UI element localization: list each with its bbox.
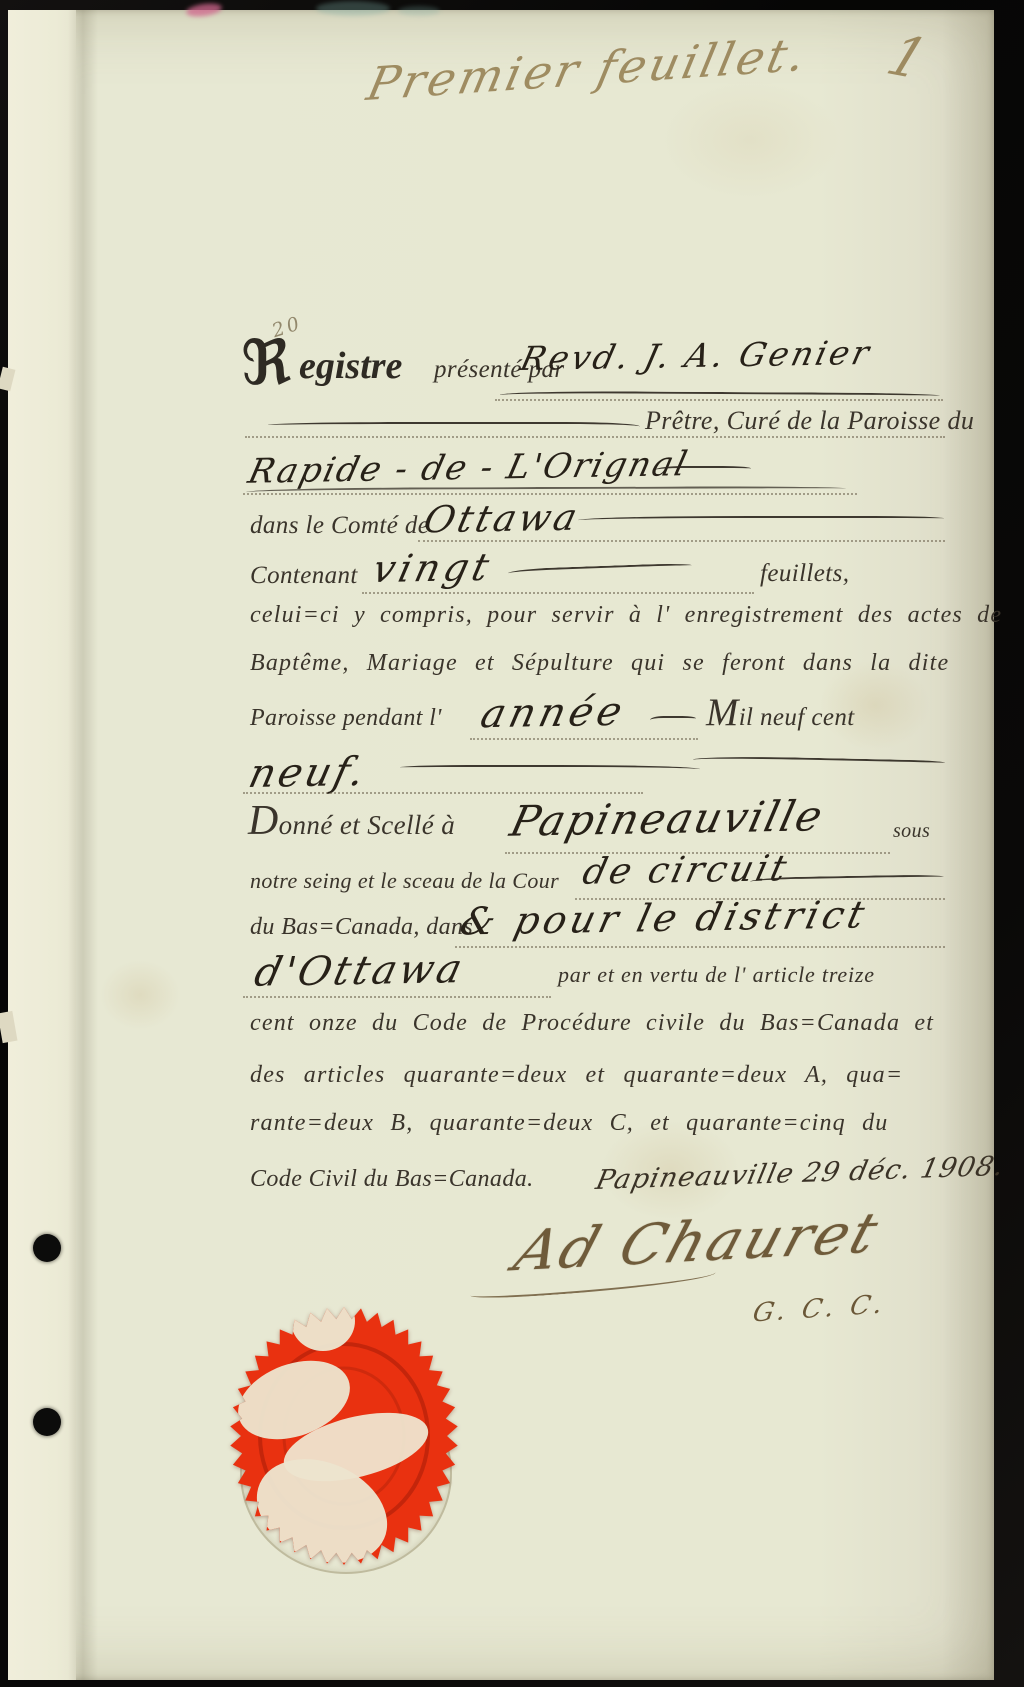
bas-canada-label: du Bas=Canada, dans — [250, 914, 473, 941]
comte-label: dans le Comté de — [250, 512, 429, 540]
body-line-3: cent onze du Code de Procédure civile du… — [250, 1010, 934, 1037]
annee-written: année — [476, 689, 630, 737]
notarial-seal — [228, 1305, 460, 1567]
form-rule — [495, 399, 943, 401]
cure-line-label: Prêtre, Curé de la Paroisse du — [645, 406, 974, 436]
body-line-1: celui=ci y compris, pour servir à l' enr… — [250, 602, 1002, 629]
registre-word: egistre — [299, 344, 402, 388]
form-rule — [243, 493, 857, 495]
ink-smudge-teal — [316, 1, 390, 16]
sous-label: sous — [893, 820, 930, 843]
body-line-2: Baptême, Mariage et Sépulture qui se fer… — [250, 650, 949, 677]
form-rule — [418, 540, 945, 542]
district-written: & pour le district — [456, 892, 873, 943]
hole-punch-top — [33, 1234, 61, 1262]
annee-value-written: neuf. — [244, 749, 371, 797]
comte-written: Ottawa — [420, 496, 584, 542]
parish-name-written: Rapide - de - L'Orignal — [244, 444, 692, 492]
form-rule — [362, 592, 754, 594]
pen-stroke — [650, 716, 696, 723]
page-paper — [8, 10, 994, 1680]
feuillets-count-written: vingt — [369, 545, 497, 591]
lieu-written: Papineauville — [506, 791, 829, 845]
pen-stroke — [268, 422, 640, 429]
body-line-4: des articles quarante=deux et quarante=d… — [250, 1062, 903, 1089]
pen-stroke — [655, 466, 751, 473]
pen-stroke — [400, 765, 700, 772]
vertu-label: par et en vertu de l' article treize — [558, 962, 875, 988]
ink-smudge-teal — [398, 6, 440, 16]
form-rule — [243, 792, 643, 794]
seing-label: notre seing et le sceau de la Cour — [250, 868, 559, 894]
body-line-5: rante=deux B, quarante=deux C, et quaran… — [250, 1110, 888, 1137]
cour-written: de circuit — [579, 848, 793, 893]
presenter-name-written: Revd. J. A. Genier — [517, 333, 876, 378]
contenant-label: Contenant — [250, 562, 358, 590]
gutter-shadow — [68, 10, 98, 1680]
scanned-register-page: { "annotations": { "header": "Premier fe… — [0, 0, 1024, 1687]
code-civil-label: Code Civil du Bas=Canada. — [250, 1166, 534, 1193]
paper-stain — [660, 80, 840, 200]
form-rule — [243, 996, 551, 998]
right-edge-shade — [942, 10, 994, 1680]
ornate-initial-R: ℜ — [241, 326, 291, 399]
form-rule — [455, 946, 945, 948]
feuillets-label: feuillets, — [760, 560, 849, 588]
district-nom-written: d'Ottawa — [250, 946, 469, 996]
paper-stain — [100, 960, 180, 1030]
form-rule — [245, 436, 945, 438]
donne-scelle-label: Donné et Scellé à — [248, 806, 455, 841]
form-rule — [470, 738, 698, 740]
paroisse-pendant-label: Paroisse pendant l' — [250, 705, 442, 732]
mil-neuf-cent-label: Mil neuf cent — [706, 698, 855, 732]
pen-stroke — [578, 516, 944, 523]
hole-punch-bottom — [33, 1408, 61, 1436]
